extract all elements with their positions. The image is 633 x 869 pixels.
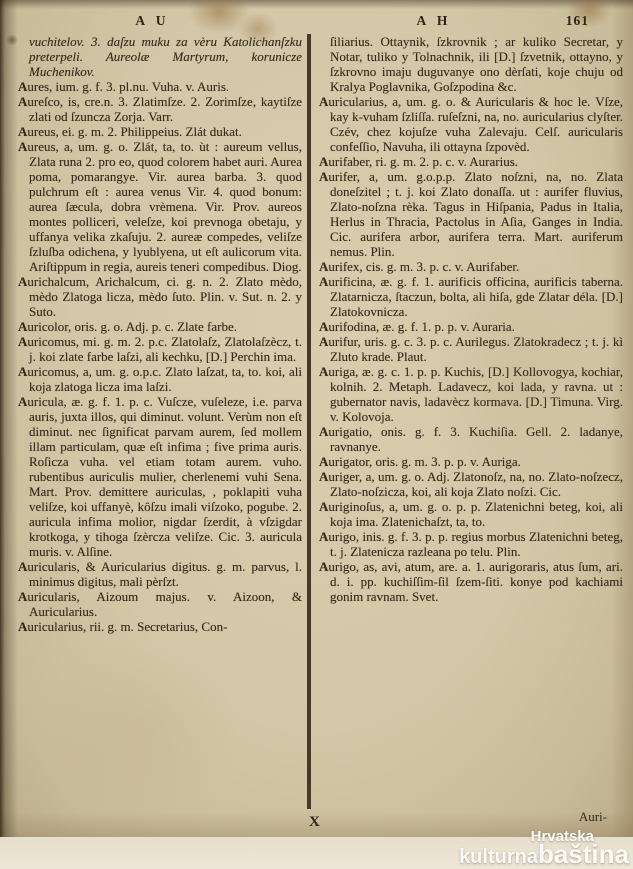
- dictionary-entry: Aurifer, a, um. g.o.p.p. Zlato noſzni, n…: [319, 169, 623, 259]
- dictionary-entry: ſiliarius. Ottaynik, ſzkrovnik ; ar kuli…: [319, 34, 623, 94]
- dictionary-entry: Aurifur, uris. g. c. 3. p. c. Aurilegus.…: [319, 334, 623, 364]
- dictionary-entry: Aurificina, æ. g. f. 1. aurificis offici…: [319, 274, 623, 319]
- column-divider-rule: [307, 34, 311, 809]
- dictionary-entry: Auricomus, mi. g. m. 2. p.c. Zlatolaſz, …: [18, 334, 302, 364]
- dictionary-entry: Aures, ium. g. f. 3. pl.nu. Vuha. v. Aur…: [18, 79, 302, 94]
- dictionary-entry: Auriger, a, um. g. o. Adj. Zlatonoſz, na…: [319, 469, 623, 499]
- dictionary-entry: Auricula, æ. g. f. 1. p. c. Vuſcze, vuſe…: [18, 394, 302, 559]
- dictionary-entry: Auricomus, a, um. g. o.p.c. Zlato laſzat…: [18, 364, 302, 394]
- dictionary-entry: Auriga, æ. g. c. 1. p. p. Kuchis, [D.] K…: [319, 364, 623, 424]
- dictionary-entry: Aurigatio, onis. g. f. 3. Kuchiſia. Gell…: [319, 424, 623, 454]
- left-column: vuchitelov. 3. daſzu muku za vèru Katoli…: [18, 34, 302, 829]
- dictionary-entry: Auricularius, a, um. g. o. & Auricularis…: [319, 94, 623, 154]
- watermark-word-bastina: baština: [538, 839, 629, 869]
- dictionary-entry: Auricularis, & Auricularius digitus. g. …: [18, 559, 302, 589]
- watermark-word-kulturna: kulturna: [459, 846, 538, 868]
- paper-page: A U A H 161 vuchitelov. 3. daſzu muku za…: [0, 0, 633, 837]
- dictionary-entry: Aurigo, inis. g. f. 3. p. p. regius morb…: [319, 529, 623, 559]
- dictionary-entry: Aureſco, is, cre.n. 3. Zlatimſze. 2. Zor…: [18, 94, 302, 124]
- dictionary-entry: Aureus, a, um. g. o. Zlát, ta, to. ùt : …: [18, 139, 302, 274]
- dictionary-entry: Aurichalcum, Arichalcum, ci. g. n. 2. Zl…: [18, 274, 302, 319]
- dictionary-entry: Aurifex, cis. g. m. 3. p. c. v. Aurifabe…: [319, 259, 623, 274]
- catchword: Auri-: [579, 809, 607, 825]
- watermark-line2: kulturnabaština: [459, 844, 629, 869]
- right-column: ſiliarius. Ottaynik, ſzkrovnik ; ar kuli…: [319, 34, 623, 829]
- dictionary-entry: Aureus, ei. g. m. 2. Philippeius. Zlát d…: [18, 124, 302, 139]
- dictionary-entry: Aurifodina, æ. g. f. 1. p. p. v. Auraria…: [319, 319, 623, 334]
- running-head-left: A U: [0, 13, 305, 31]
- dictionary-entry: Auricularis, Aizoum majus. v. Aizoon, & …: [18, 589, 302, 619]
- dictionary-entry: Aurigo, as, avi, atum, are. a. 1. aurigo…: [319, 559, 623, 604]
- dictionary-entry: vuchitelov. 3. daſzu muku za vèru Katoli…: [18, 34, 302, 79]
- signature-mark: X: [309, 814, 320, 831]
- text-columns: vuchitelov. 3. daſzu muku za vèru Katoli…: [0, 31, 633, 829]
- dictionary-entry: Aurifaber, ri. g. m. 2. p. c. v. Aurariu…: [319, 154, 623, 169]
- dictionary-entry: Auricolor, oris. g. o. Adj. p. c. Zlate …: [18, 319, 302, 334]
- watermark: Hrvatska kulturnabaština: [459, 830, 629, 869]
- dictionary-entry: Auricularius, rii. g. m. Secretarius, Co…: [18, 619, 302, 634]
- scanned-dictionary-page: A U A H 161 vuchitelov. 3. daſzu muku za…: [0, 0, 633, 869]
- page-number: 161: [566, 13, 589, 29]
- dictionary-entry: Auriginoſus, a, um. g. o. p. p. Zlatenic…: [319, 499, 623, 529]
- dictionary-entry: Aurigator, oris. g. m. 3. p. p. v. Aurig…: [319, 454, 623, 469]
- running-head: A U A H 161: [0, 0, 633, 31]
